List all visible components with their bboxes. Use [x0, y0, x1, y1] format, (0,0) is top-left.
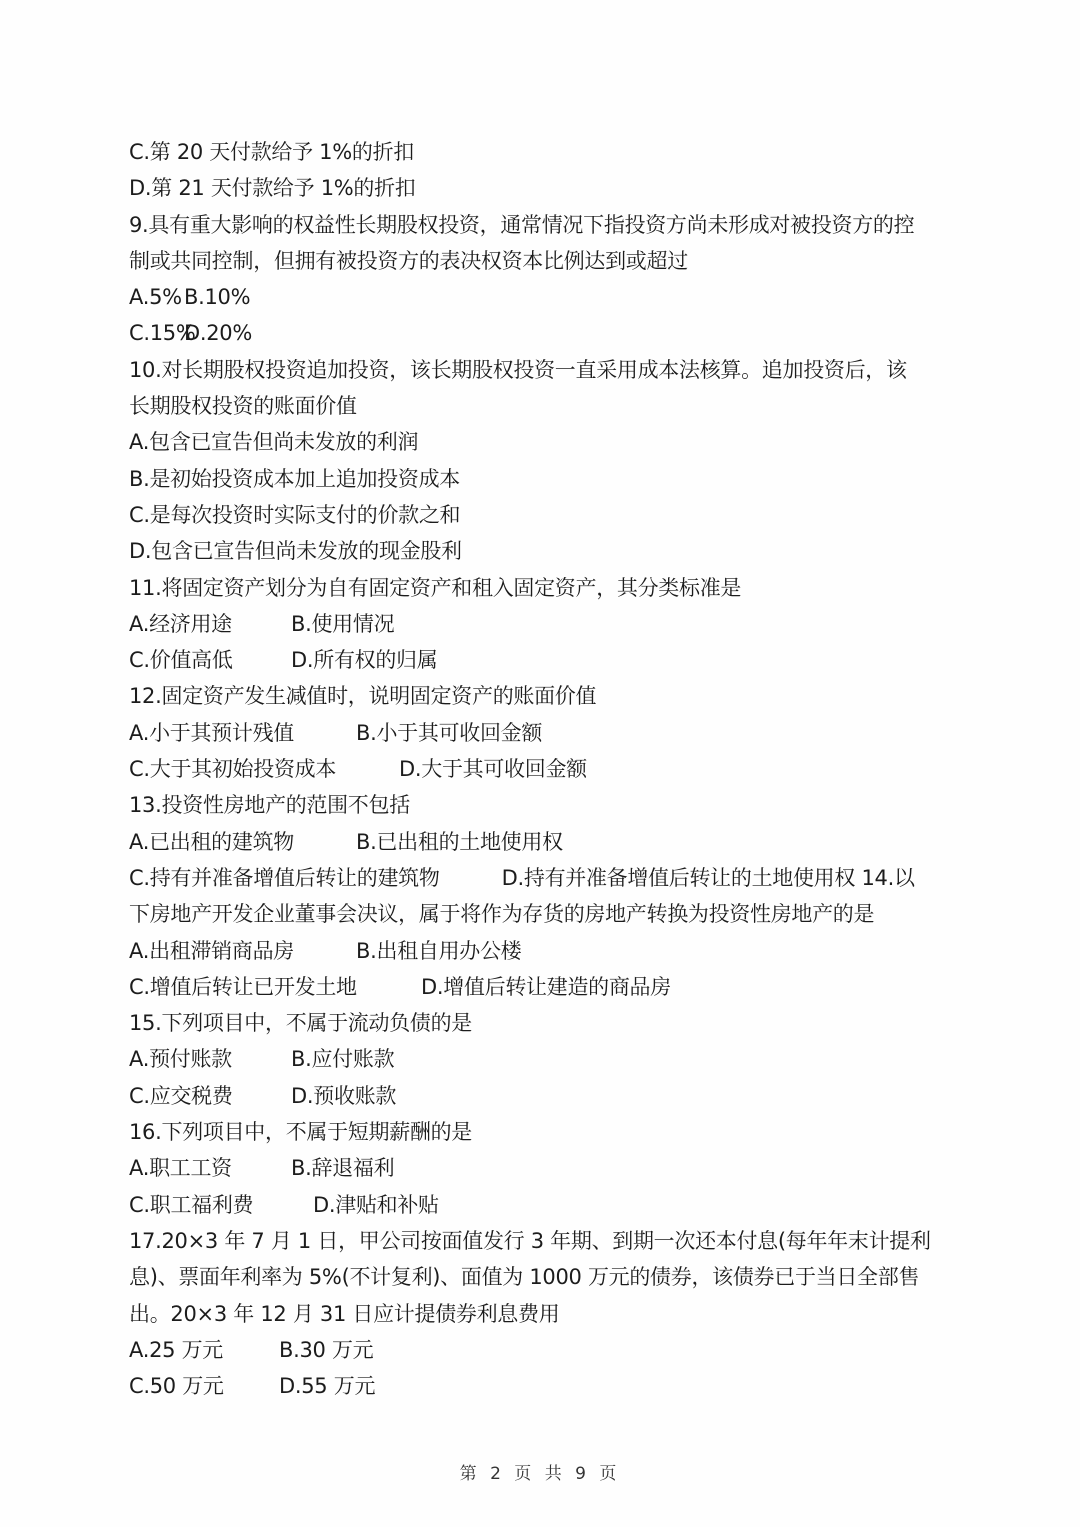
text-line: 息)、票面年利率为 5%(不计复利)、面值为 1000 万元的债券，该债券已于当…	[129, 1259, 955, 1295]
text-line: C.持有并准备增值后转让的建筑物 D.持有并准备增值后转让的土地使用权 14.以	[129, 860, 955, 896]
question-content: C.第 20 天付款给予 1%的折扣D.第 21 天付款给予 1%的折扣9.具有…	[129, 134, 955, 1404]
answer-option: A.职工工资	[129, 1150, 291, 1186]
answer-options-row: C.应交税费D.预收账款	[129, 1078, 955, 1114]
text-line: 15.下列项目中，不属于流动负债的是	[129, 1005, 955, 1041]
answer-option: A.经济用途	[129, 606, 291, 642]
answer-option: A.已出租的建筑物	[129, 824, 356, 860]
answer-option: B.10%	[184, 279, 250, 315]
answer-option: B.辞退福利	[291, 1150, 394, 1186]
answer-option: C.大于其初始投资成本	[129, 751, 399, 787]
text-line: D.包含已宣告但尚未发放的现金股利	[129, 533, 955, 569]
answer-option: C.15%	[129, 315, 184, 351]
answer-option: A.小于其预计残值	[129, 715, 356, 751]
text-line: 10.对长期股权投资追加投资，该长期股权投资一直采用成本法核算。追加投资后，该	[129, 352, 955, 388]
answer-options-row: A.预付账款B.应付账款	[129, 1041, 955, 1077]
answer-option: B.出租自用办公楼	[356, 933, 521, 969]
answer-option: B.小于其可收回金额	[356, 715, 542, 751]
text-line: 11.将固定资产划分为自有固定资产和租入固定资产，其分类标准是	[129, 570, 955, 606]
answer-options-row: C.职工福利费D.津贴和补贴	[129, 1187, 955, 1223]
answer-option: B.已出租的土地使用权	[356, 824, 563, 860]
answer-option: C.价值高低	[129, 642, 291, 678]
answer-option: B.30 万元	[279, 1332, 373, 1368]
answer-options-row: A.职工工资B.辞退福利	[129, 1150, 955, 1186]
text-line: 制或共同控制，但拥有被投资方的表决权资本比例达到或超过	[129, 243, 955, 279]
answer-option: A.25 万元	[129, 1332, 279, 1368]
answer-option: D.大于其可收回金额	[399, 751, 587, 787]
answer-options-row: A.出租滞销商品房B.出租自用办公楼	[129, 933, 955, 969]
page-footer: 第 2 页 共 9 页	[0, 1459, 1080, 1484]
answer-option: D.增值后转让建造的商品房	[421, 969, 671, 1005]
text-line: 16.下列项目中，不属于短期薪酬的是	[129, 1114, 955, 1150]
answer-option: A.5%	[129, 279, 184, 315]
answer-options-row: C.增值后转让已开发土地D.增值后转让建造的商品房	[129, 969, 955, 1005]
answer-option: C.50 万元	[129, 1368, 279, 1404]
text-line: D.第 21 天付款给予 1%的折扣	[129, 170, 955, 206]
text-line: 9.具有重大影响的权益性长期股权投资，通常情况下指投资方尚未形成对被投资方的控	[129, 207, 955, 243]
text-line: 下房地产开发企业董事会决议，属于将作为存货的房地产转换为投资性房地产的是	[129, 896, 955, 932]
text-line: A.包含已宣告但尚未发放的利润	[129, 424, 955, 460]
answer-option: C.应交税费	[129, 1078, 291, 1114]
answer-options-row: A.25 万元B.30 万元	[129, 1332, 955, 1368]
text-line: 出。20×3 年 12 月 31 日应计提债券利息费用	[129, 1296, 955, 1332]
answer-options-row: A.小于其预计残值B.小于其可收回金额	[129, 715, 955, 751]
text-line: C.是每次投资时实际支付的价款之和	[129, 497, 955, 533]
text-line: C.第 20 天付款给予 1%的折扣	[129, 134, 955, 170]
answer-options-row: C.15%D.20%	[129, 315, 955, 351]
text-line: 长期股权投资的账面价值	[129, 388, 955, 424]
answer-option: D.20%	[184, 315, 252, 351]
answer-option: A.出租滞销商品房	[129, 933, 356, 969]
text-line: B.是初始投资成本加上追加投资成本	[129, 461, 955, 497]
answer-option: B.应付账款	[291, 1041, 394, 1077]
answer-options-row: A.5%B.10%	[129, 279, 955, 315]
answer-options-row: C.大于其初始投资成本D.大于其可收回金额	[129, 751, 955, 787]
answer-options-row: A.经济用途B.使用情况	[129, 606, 955, 642]
answer-option: D.55 万元	[279, 1368, 375, 1404]
answer-option: D.所有权的归属	[291, 642, 437, 678]
document-page: C.第 20 天付款给予 1%的折扣D.第 21 天付款给予 1%的折扣9.具有…	[0, 0, 1080, 1527]
text-line: 17.20×3 年 7 月 1 日，甲公司按面值发行 3 年期、到期一次还本付息…	[129, 1223, 955, 1259]
answer-options-row: C.价值高低D.所有权的归属	[129, 642, 955, 678]
answer-options-row: A.已出租的建筑物B.已出租的土地使用权	[129, 824, 955, 860]
answer-options-row: C.50 万元D.55 万元	[129, 1368, 955, 1404]
answer-option: D.预收账款	[291, 1078, 396, 1114]
answer-option: C.增值后转让已开发土地	[129, 969, 421, 1005]
answer-option: C.职工福利费	[129, 1187, 313, 1223]
answer-option: A.预付账款	[129, 1041, 291, 1077]
answer-option: D.津贴和补贴	[313, 1187, 439, 1223]
text-line: 12.固定资产发生减值时，说明固定资产的账面价值	[129, 678, 955, 714]
answer-option: B.使用情况	[291, 606, 394, 642]
text-line: 13.投资性房地产的范围不包括	[129, 787, 955, 823]
